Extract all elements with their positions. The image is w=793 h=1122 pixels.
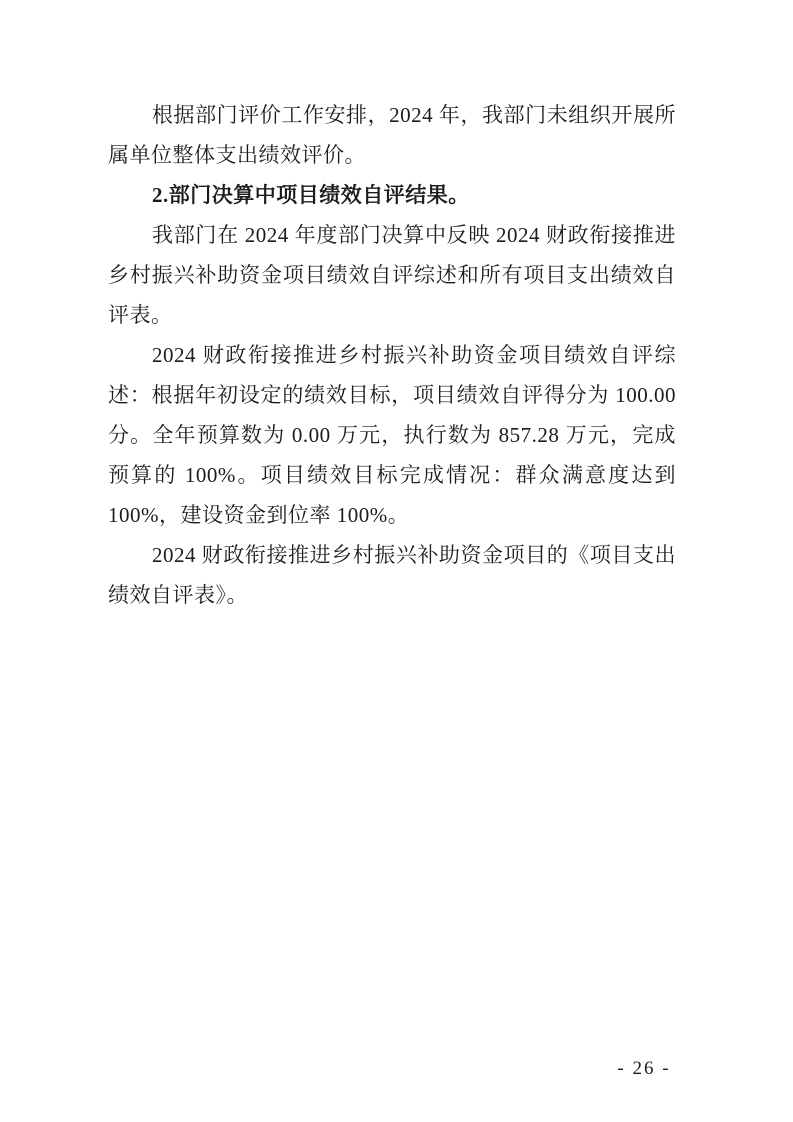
paragraph-self-evaluation-table-reference: 2024 财政衔接推进乡村振兴补助资金项目的《项目支出绩效自评表》。 <box>108 535 676 615</box>
document-body: 根据部门评价工作安排，2024 年，我部门未组织开展所属单位整体支出绩效评价。 … <box>108 95 676 615</box>
section-heading-self-evaluation-results: 2.部门决算中项目绩效自评结果。 <box>108 175 676 215</box>
paragraph-self-evaluation-summary: 2024 财政衔接推进乡村振兴补助资金项目绩效自评综述：根据年初设定的绩效目标，… <box>108 335 676 535</box>
page-number: - 26 - <box>608 1058 680 1080</box>
document-page: 根据部门评价工作安排，2024 年，我部门未组织开展所属单位整体支出绩效评价。 … <box>0 0 793 1122</box>
paragraph-evaluation-arrangement: 根据部门评价工作安排，2024 年，我部门未组织开展所属单位整体支出绩效评价。 <box>108 95 676 175</box>
paragraph-final-accounts-reflection: 我部门在 2024 年度部门决算中反映 2024 财政衔接推进乡村振兴补助资金项… <box>108 215 676 335</box>
